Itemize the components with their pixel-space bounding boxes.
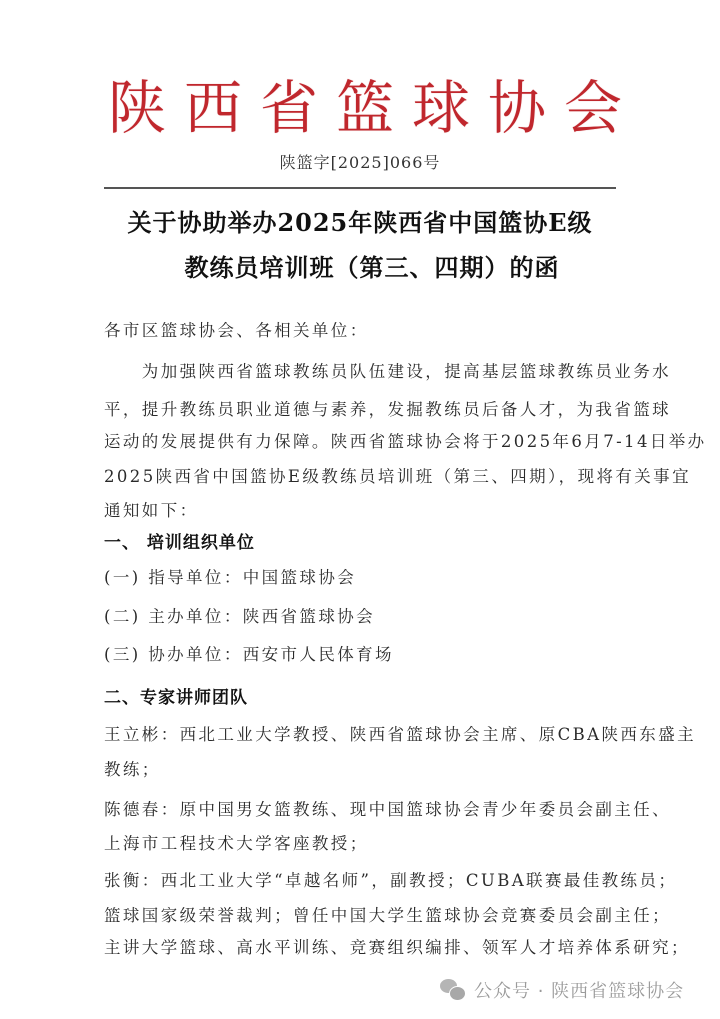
document-title-line-1: 关于协助举办2025年陕西省中国篮协E级 bbox=[0, 203, 720, 238]
expert-line: 上海市工程技术大学客座教授； bbox=[104, 825, 616, 863]
intro-line: 2025陕西省中国篮协E级教练员培训班（第三、四期），现将有关事宜 bbox=[104, 458, 616, 496]
letterhead-org-name: 陕西省篮球协会 bbox=[0, 72, 720, 144]
expert-line: 陈德春：原中国男女篮教练、现中国篮球协会青少年委员会副主任、 bbox=[104, 791, 616, 829]
expert-line: 张衡：西北工业大学“卓越名师”，副教授；CUBA联赛最佳教练员； bbox=[104, 862, 616, 900]
intro-line: 运动的发展提供有力保障。陕西省篮球协会将于2025年6月7-14日举办 bbox=[104, 423, 616, 461]
salutation: 各市区篮球协会、各相关单位： bbox=[104, 312, 616, 350]
wechat-icon bbox=[440, 979, 466, 1001]
expert-line: 教练； bbox=[104, 751, 616, 789]
header-divider bbox=[104, 187, 616, 189]
document-title-line-2: 教练员培训班（第三、四期）的函 bbox=[0, 248, 720, 283]
section-heading-experts: 二、专家讲师团队 bbox=[104, 683, 248, 708]
intro-line: 为加强陕西省篮球教练员队伍建设，提高基层篮球教练员业务水 bbox=[104, 353, 616, 391]
organizer-item: (三) 协办单位：西安市人民体育场 bbox=[104, 636, 616, 674]
organizer-item: (一) 指导单位：中国篮球协会 bbox=[104, 559, 616, 597]
expert-line: 主讲大学篮球、高水平训练、竞赛组织编排、领军人才培养体系研究； bbox=[104, 929, 616, 967]
document-number: 陕篮字[2025]066号 bbox=[0, 150, 720, 173]
section-heading-organizers: 一、 培训组织单位 bbox=[104, 528, 255, 553]
expert-line: 王立彬：西北工业大学教授、陕西省篮球协会主席、原CBA陕西东盛主 bbox=[104, 716, 616, 754]
watermark-label: 公众号 · 陕西省篮球协会 bbox=[474, 977, 684, 1003]
organizer-item: (二) 主办单位：陕西省篮球协会 bbox=[104, 598, 616, 636]
wechat-watermark: 公众号 · 陕西省篮球协会 bbox=[440, 975, 684, 1005]
intro-line: 通知如下： bbox=[104, 492, 616, 530]
